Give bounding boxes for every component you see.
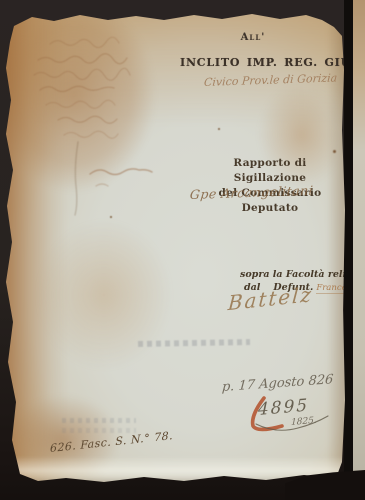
stain-center-left [14,195,194,395]
faded-ink-scribbles [12,28,182,223]
number-underline-flourish [254,412,334,434]
salutation: All' [233,32,273,43]
page-gap [344,0,353,500]
adjacent-page-edge [353,0,365,500]
subject-line1: sopra la Facoltà relitta [240,269,348,280]
show-through-text [138,339,250,347]
show-through-text [62,418,136,434]
ink-speck [218,128,220,130]
document-paper: All' INCLITO IMP. REG. GIUDIZIO Civico P… [4,10,347,488]
printed-addressee-court: INCLITO IMP. REG. GIUDIZIO [180,56,344,69]
archive-reference: 626. Fasc. S. N.° 78. [50,425,209,455]
archival-photo: All' INCLITO IMP. REG. GIUDIZIO Civico P… [0,0,365,500]
deceased-surname: Battelz [227,282,314,315]
handwritten-addressee: Civico Prov.le di Gorizia [204,71,347,89]
ink-speck [333,150,336,153]
